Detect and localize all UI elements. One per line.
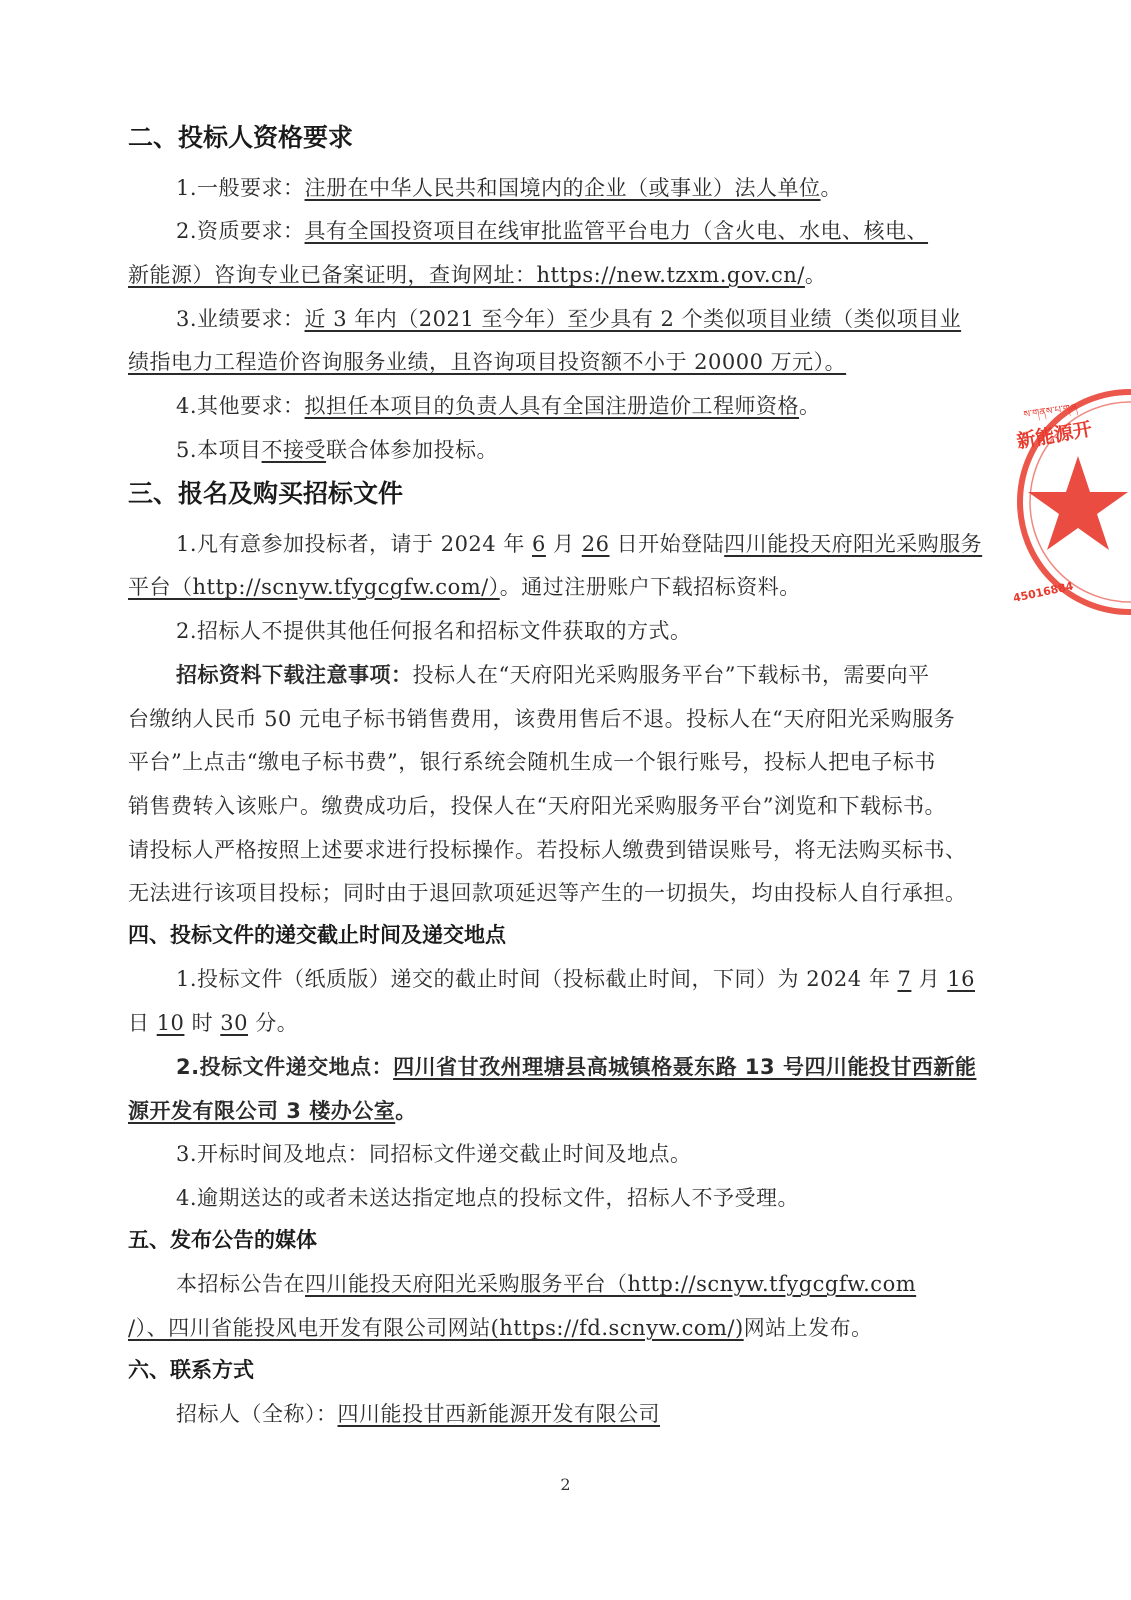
download-notice-line1: 招标资料下载注意事项：投标人在“天府阳光采购服务平台”下载标书，需要向平 — [176, 661, 929, 689]
performance-requirement-line1: 3.业绩要求：近 3 年内（2021 至今年）至少具有 2 个类似项目业绩（类似… — [176, 305, 961, 333]
download-notice-line4: 销售费转入该账户。缴费成功后，投保人在“天府阳光采购服务平台”浏览和下载标书。 — [128, 792, 946, 820]
section-title-registration: 三、报名及购买招标文件 — [128, 478, 403, 510]
seal-star-icon: 新能源开 ས་གནས་པ་གཞ 45016884 — [1010, 384, 1131, 624]
section-title-contact: 六、联系方式 — [128, 1356, 254, 1384]
other-requirement: 4.其他要求：拟担任本项目的负责人具有全国注册造价工程师资格。 — [176, 392, 821, 420]
qualification-requirement-line2: 新能源）咨询专业已备案证明，查询网址：https://new.tzxm.gov.… — [128, 261, 826, 289]
download-notice-line2: 台缴纳人民币 50 元电子标书销售费用，该费用售后不退。投标人在“天府阳光采购服… — [128, 705, 955, 733]
deadline-line1: 1.投标文件（纸质版）递交的截止时间（投标截止时间，下同）为 2024 年 7 … — [176, 965, 975, 993]
registration-item1-line1: 1.凡有意参加投标者，请于 2024 年 6 月 26 日开始登陆四川能投天府阳… — [176, 530, 982, 558]
general-requirement: 1.一般要求：注册在中华人民共和国境内的企业（或事业）法人单位。 — [176, 174, 842, 202]
deadline-line2: 日 10 时 30 分。 — [128, 1009, 298, 1037]
registration-item1-line2: 平台（http://scnyw.tfygcgfw.com/）。通过注册账户下载招… — [128, 573, 801, 601]
registration-item2: 2.招标人不提供其他任何报名和招标文件获取的方式。 — [176, 617, 692, 645]
performance-requirement-line2: 绩指电力工程造价咨询服务业绩，且咨询项目投资额不小于 20000 万元）。 — [128, 348, 846, 376]
svg-text:45016884: 45016884 — [1012, 579, 1075, 605]
media-platform-link[interactable]: 四川能投天府阳光采购服务平台（http://scnyw.tfygcgfw.com — [305, 1272, 916, 1296]
platform-url-link[interactable]: 平台（http://scnyw.tfygcgfw.com/） — [128, 575, 500, 599]
consortium-clause: 5.本项目不接受联合体参加投标。 — [176, 436, 498, 464]
media-line1: 本招标公告在四川能投天府阳光采购服务平台（http://scnyw.tfygcg… — [176, 1270, 916, 1298]
late-submission-clause: 4.逾期送达的或者未送达指定地点的投标文件，招标人不予受理。 — [176, 1184, 799, 1212]
submission-location-line2: 源开发有限公司 3 楼办公室。 — [128, 1097, 417, 1125]
document-page: 二、投标人资格要求 1.一般要求：注册在中华人民共和国境内的企业（或事业）法人单… — [0, 0, 1131, 1600]
section-title-media: 五、发布公告的媒体 — [128, 1226, 317, 1254]
opening-time-location: 3.开标时间及地点：同招标文件递交截止时间及地点。 — [176, 1140, 692, 1168]
tenderer-line: 招标人（全称）：四川能投甘西新能源开发有限公司 — [176, 1400, 660, 1428]
svg-text:ས་གནས་པ་གཞ: ས་གནས་པ་གཞ — [1023, 403, 1078, 423]
page-number: 2 — [0, 1475, 1131, 1494]
media-line2: /）、四川省能投风电开发有限公司网站(https://fd.scnyw.com/… — [128, 1314, 873, 1342]
section-title-submission: 四、投标文件的递交截止时间及递交地点 — [128, 921, 506, 949]
qualification-requirement-line1: 2.资质要求：具有全国投资项目在线审批监管平台电力（含火电、水电、核电、 — [176, 217, 928, 245]
section-title-qualifications: 二、投标人资格要求 — [128, 122, 353, 154]
qualification-query-url[interactable]: 新能源）咨询专业已备案证明，查询网址：https://new.tzxm.gov.… — [128, 263, 805, 287]
download-notice-title: 招标资料下载注意事项： — [176, 663, 413, 687]
submission-location-line1: 2.投标文件递交地点：四川省甘孜州理塘县高城镇格聂东路 13 号四川能投甘西新能 — [176, 1053, 976, 1081]
download-notice-line3: 平台”上点击“缴电子标书费”，银行系统会随机生成一个银行账号，投标人把电子标书 — [128, 748, 936, 776]
download-notice-line6: 无法进行该项目投标；同时由于退回款项延迟等产生的一切损失，均由投标人自行承担。 — [128, 879, 967, 907]
platform-link[interactable]: 四川能投天府阳光采购服务 — [724, 532, 982, 556]
company-seal-stamp: 新能源开 ས་གནས་པ་གཞ 45016884 — [1010, 384, 1131, 624]
download-notice-line5: 请投标人严格按照上述要求进行投标操作。若投标人缴费到错误账号，将无法购买标书、 — [128, 836, 967, 864]
media-website-link[interactable]: /）、四川省能投风电开发有限公司网站(https://fd.scnyw.com/… — [128, 1316, 744, 1340]
